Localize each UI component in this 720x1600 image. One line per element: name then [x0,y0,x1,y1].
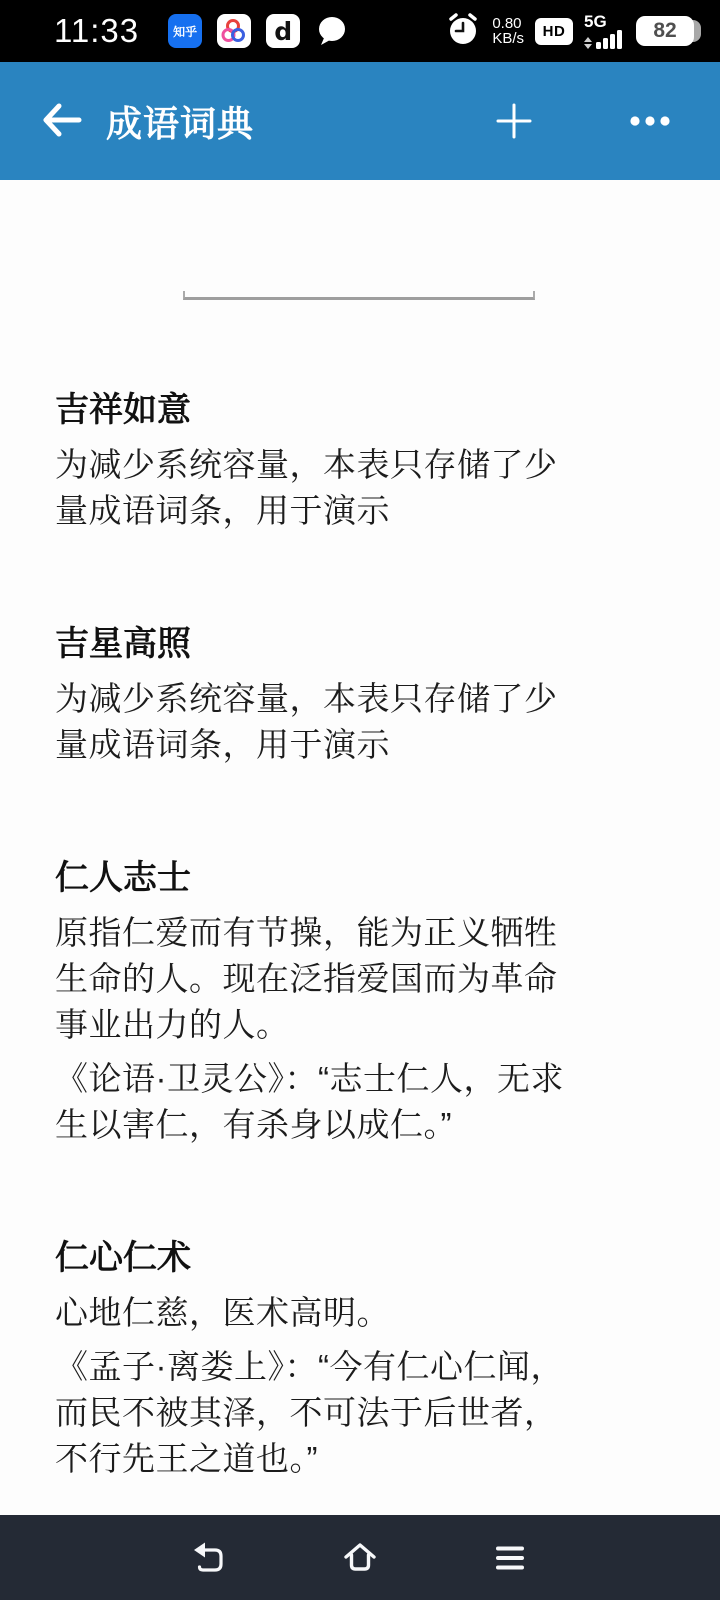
idiom-source-quote: 《论语·卫灵公》：“志士仁人，无求生以害仁，有杀身以成仁。” [55,1056,565,1148]
idiom-entry[interactable]: 仁心仁术 心地仁慈，医术高明。 《孟子·离娄上》：“今有仁心仁闻，而民不被其泽，… [0,1236,720,1482]
back-arrow-icon[interactable] [38,98,84,144]
idiom-entry[interactable]: 仁人志士 原指仁爱而有节操，能为正义牺牲生命的人。现在泛指爱国而为革命事业出力的… [0,856,720,1148]
phone-screen: 11:33 知乎 d [0,0,720,1600]
rings-app-notification-icon [217,14,251,48]
nav-menu-icon[interactable] [491,1539,529,1577]
zhihu-notification-icon: 知乎 [168,14,202,48]
signal-bars-icon [596,30,622,49]
idiom-description: 为减少系统容量，本表只存储了少量成语词条，用于演示 [55,442,565,534]
idiom-title: 仁人志士 [55,856,565,900]
network-speed-unit: KB/s [492,31,524,46]
search-box-bottom-edge[interactable] [183,291,535,300]
page-title: 成语词典 [106,96,254,147]
idiom-source-quote: 《孟子·离娄上》：“今有仁心仁闻，而民不被其泽，不可法于后世者，不行先王之道也。… [55,1344,565,1482]
overflow-menu-icon[interactable] [624,95,676,147]
hd-voice-icon: HD [535,18,573,45]
cellular-signal: 5G [584,14,622,49]
idiom-description: 心地仁慈，医术高明。 [55,1290,565,1336]
idiom-title: 吉星高照 [55,622,565,666]
system-nav-bar [0,1515,720,1600]
message-bubble-notification-icon [315,14,349,48]
status-bar-left: 11:33 知乎 d [54,12,349,50]
battery-percent: 82 [636,16,694,46]
alarm-clock-icon [445,11,481,52]
network-speed: 0.80 KB/s [492,16,524,46]
idiom-entry[interactable]: 吉祥如意 为减少系统容量，本表只存储了少量成语词条，用于演示 [0,388,720,534]
idiom-description: 为减少系统容量，本表只存储了少量成语词条，用于演示 [55,676,565,768]
douyin-notification-icon: d [266,14,300,48]
nav-back-icon[interactable] [191,1539,229,1577]
add-icon[interactable] [488,95,540,147]
idiom-description: 原指仁爱而有节操，能为正义牺牲生命的人。现在泛指爱国而为革命事业出力的人。 [55,910,565,1048]
nav-home-icon[interactable] [341,1539,379,1577]
network-speed-value: 0.80 [492,16,521,31]
idiom-list[interactable]: 吉祥如意 为减少系统容量，本表只存储了少量成语词条，用于演示 吉星高照 为减少系… [0,180,720,1515]
data-activity-icon [584,37,592,49]
network-type-label: 5G [584,14,607,30]
app-bar: 成语词典 [0,62,720,180]
idiom-title: 仁心仁术 [55,1236,565,1280]
status-bar: 11:33 知乎 d [0,0,720,62]
status-bar-right: 0.80 KB/s HD 5G 82 [445,11,694,52]
idiom-entry[interactable]: 吉星高照 为减少系统容量，本表只存储了少量成语词条，用于演示 [0,622,720,768]
clock-time: 11:33 [54,12,139,50]
battery-indicator: 82 [636,16,694,46]
idiom-title: 吉祥如意 [55,388,565,432]
